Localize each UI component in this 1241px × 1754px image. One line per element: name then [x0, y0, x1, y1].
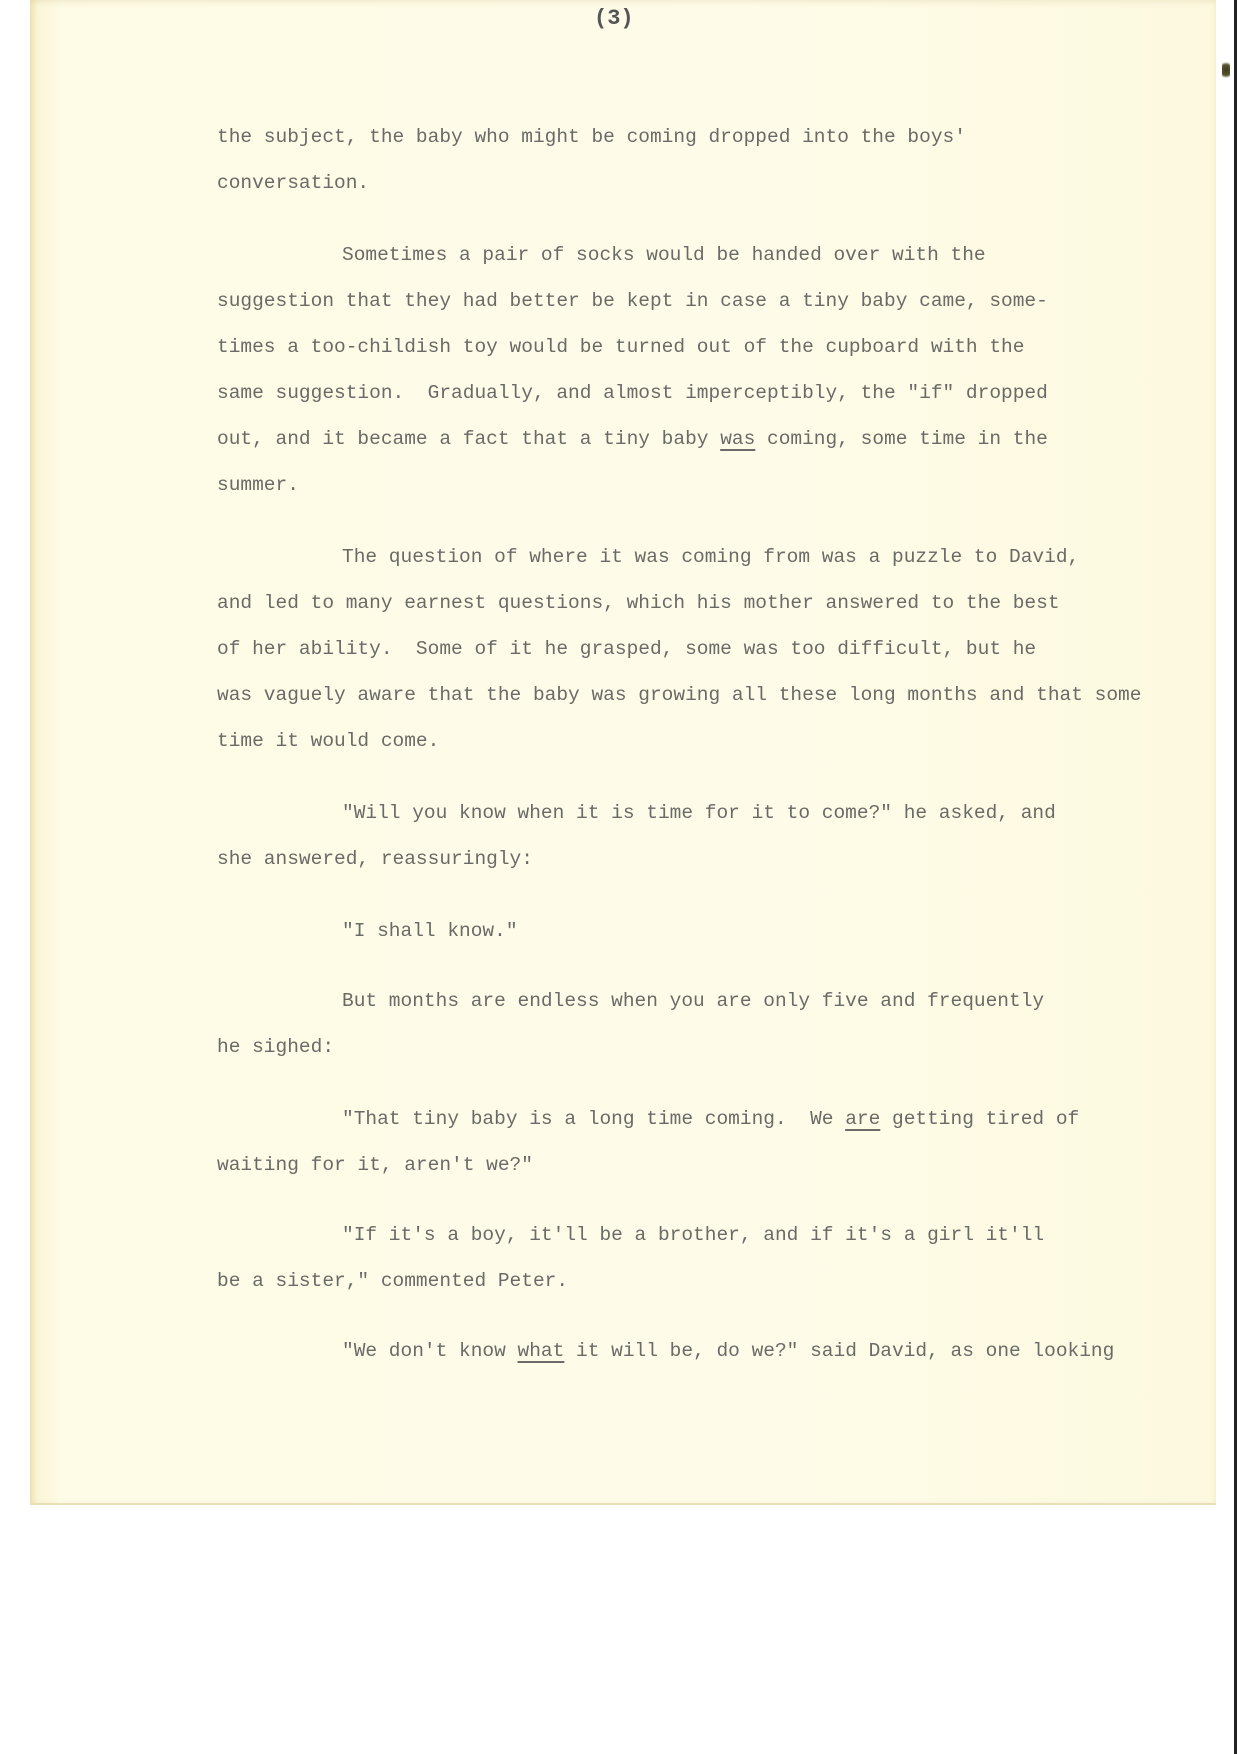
text-line: he sighed: — [217, 1036, 334, 1058]
text-line: suggestion that they had better be kept … — [217, 290, 1048, 312]
underlined-word: was — [720, 428, 755, 450]
text-line: "If it's a boy, it'll be a brother, and … — [342, 1224, 1044, 1246]
underlined-word: what — [518, 1340, 565, 1362]
text-line: the subject, the baby who might be comin… — [217, 126, 966, 148]
text-line: be a sister," commented Peter. — [217, 1270, 568, 1292]
text-line: "We don't know what it will be, do we?" … — [342, 1340, 1114, 1362]
page-number: (3) — [594, 6, 634, 31]
text-line: and led to many earnest questions, which… — [217, 592, 1060, 614]
text-line: she answered, reassuringly: — [217, 848, 533, 870]
text-line: time it would come. — [217, 730, 439, 752]
text-line: times a too-childish toy would be turned… — [217, 336, 1024, 358]
underlined-word: are — [845, 1108, 880, 1130]
ink-blot — [1222, 60, 1230, 80]
text-line: "I shall know." — [342, 920, 518, 942]
text-line: The question of where it was coming from… — [342, 546, 1079, 568]
text-line: was vaguely aware that the baby was grow… — [217, 684, 1141, 706]
text-line: same suggestion. Gradually, and almost i… — [217, 382, 1048, 404]
text-line: summer. — [217, 474, 299, 496]
scanner-edge — [1234, 0, 1237, 1754]
text-line: "Will you know when it is time for it to… — [342, 802, 1056, 824]
text-line: "That tiny baby is a long time coming. W… — [342, 1108, 1079, 1130]
text-line: Sometimes a pair of socks would be hande… — [342, 244, 986, 266]
text-line: waiting for it, aren't we?" — [217, 1154, 533, 1176]
text-line: conversation. — [217, 172, 369, 194]
document-page — [30, 0, 1216, 1505]
text-line: But months are endless when you are only… — [342, 990, 1044, 1012]
text-line: out, and it became a fact that a tiny ba… — [217, 428, 1048, 450]
text-line: of her ability. Some of it he grasped, s… — [217, 638, 1036, 660]
